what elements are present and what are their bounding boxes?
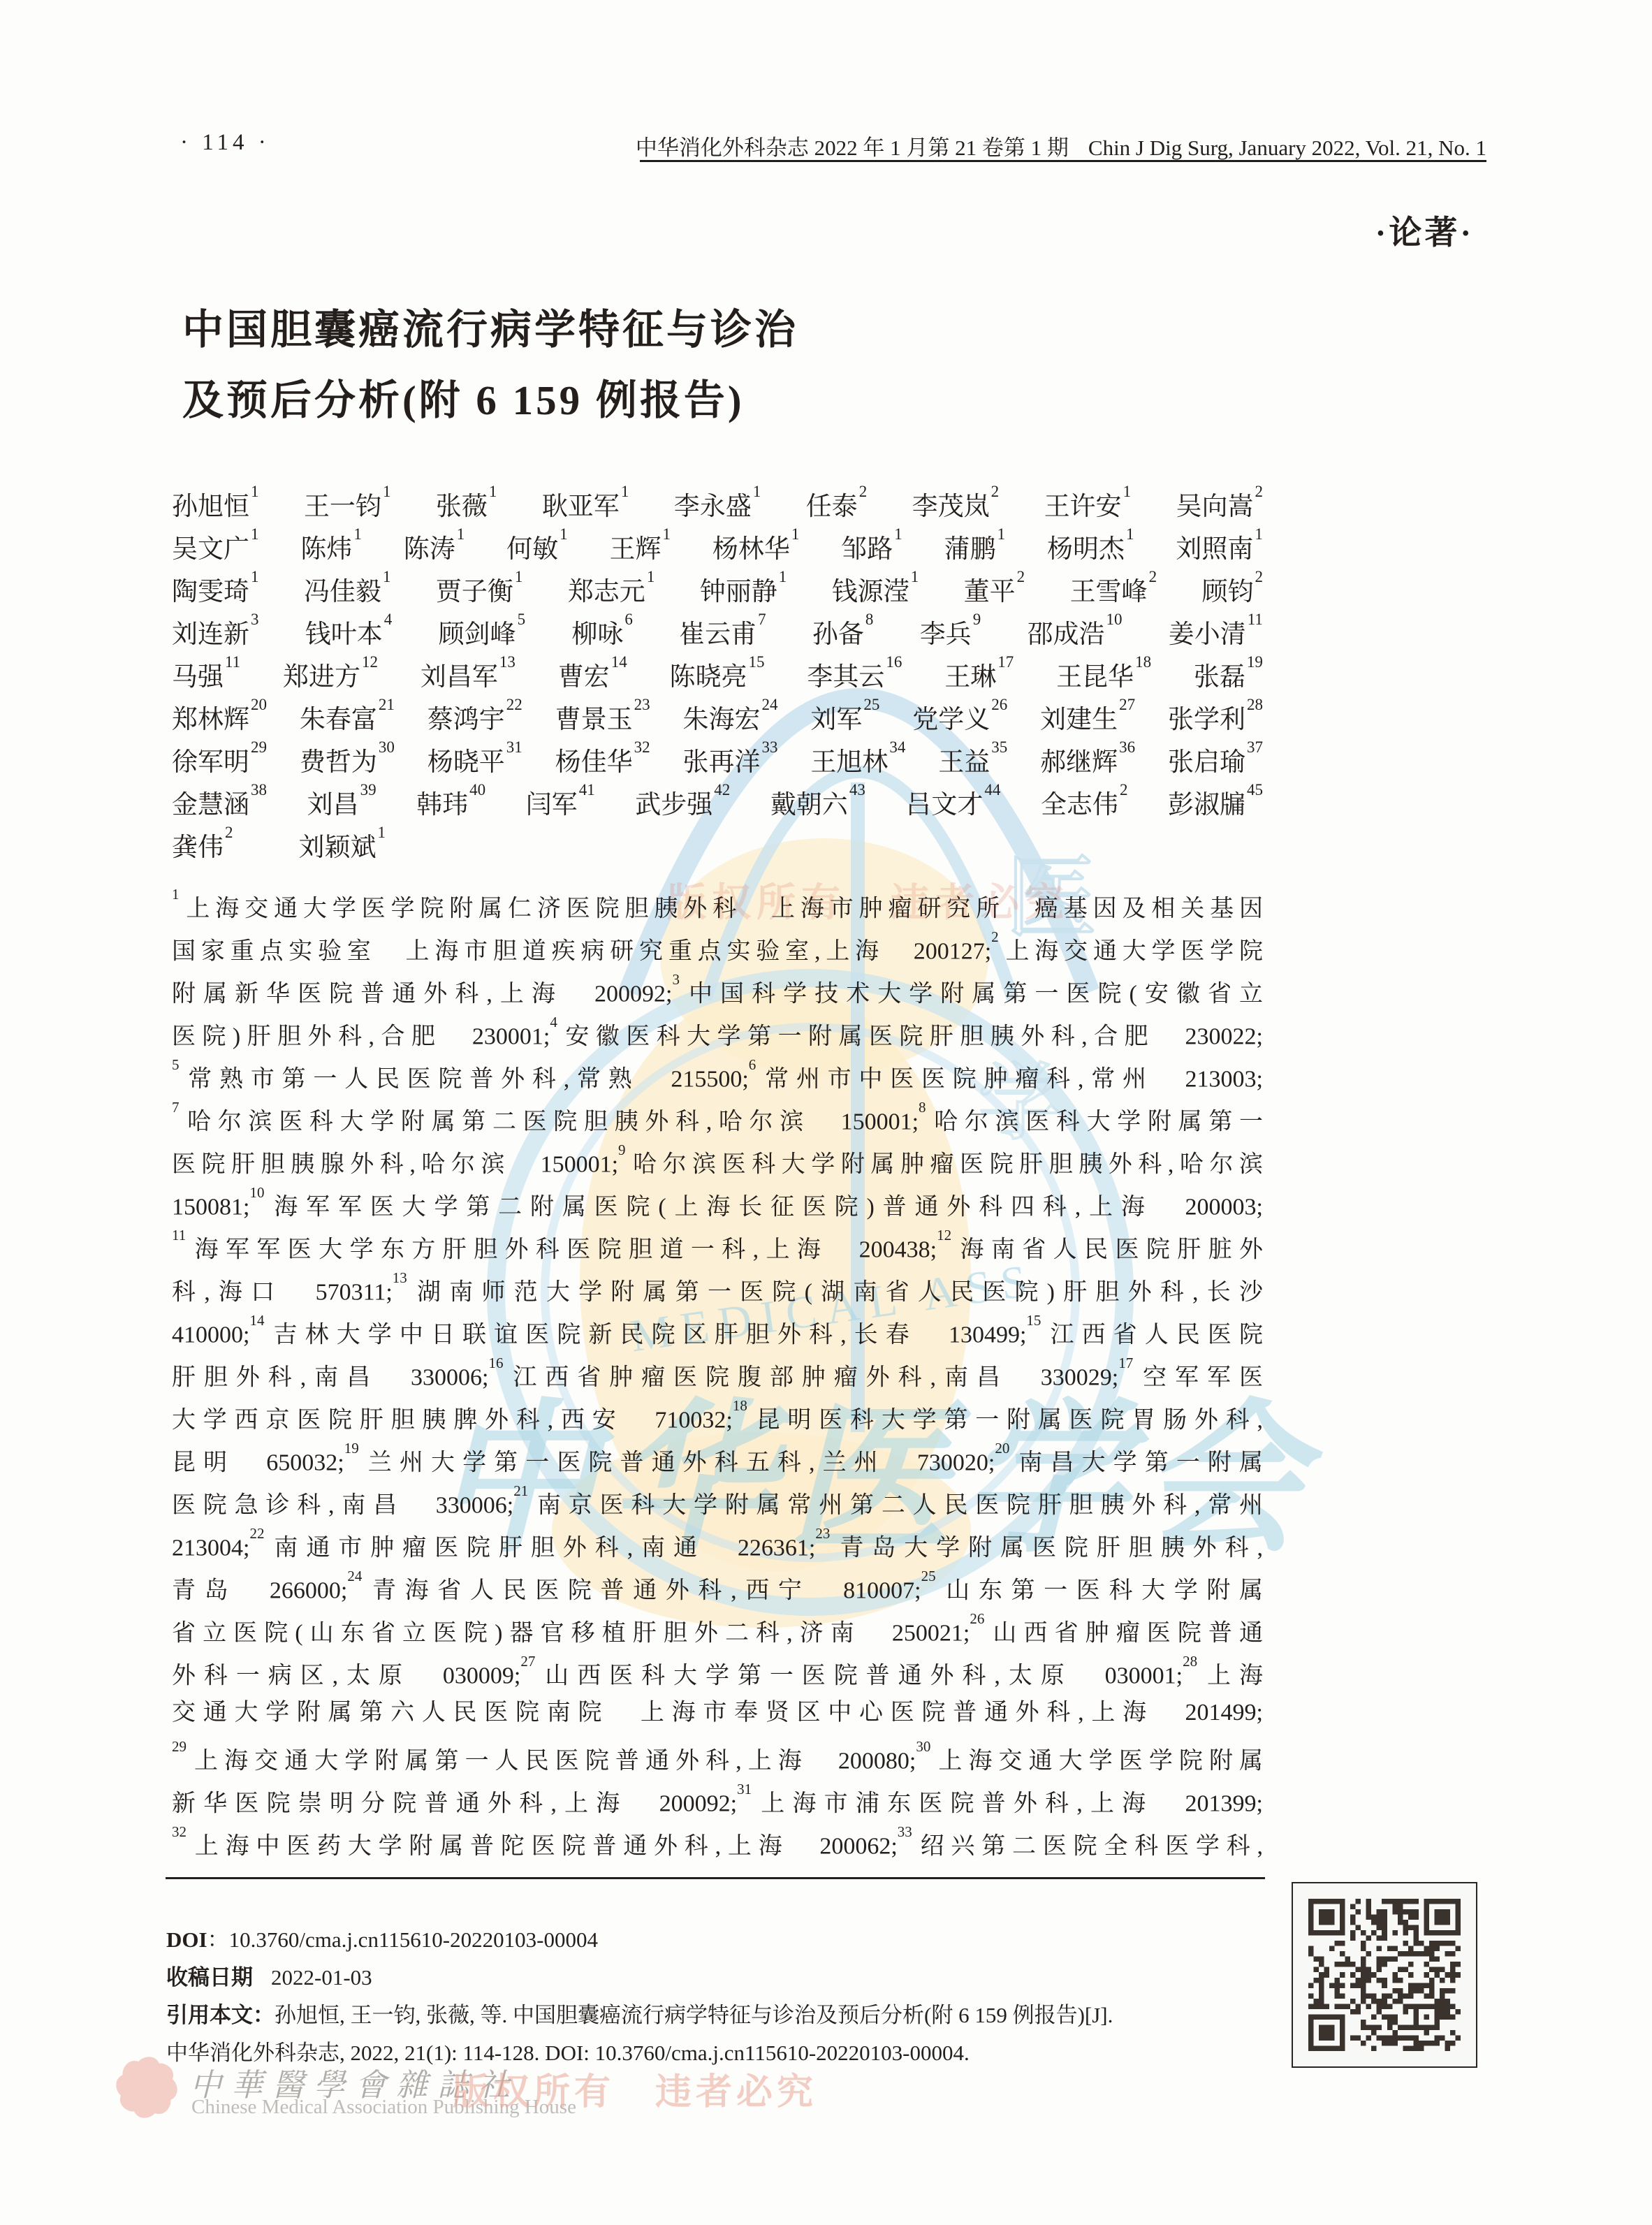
affiliation-number-superscript: 16 [488, 1355, 503, 1371]
author-affiliation-superscript: 20 [251, 696, 267, 713]
author-affiliation-superscript: 9 [973, 611, 981, 628]
author-name: 孙备8 [812, 613, 874, 650]
author-affiliation-superscript: 39 [360, 781, 377, 798]
affiliation-line: 肝胆外科,南昌 330006;16江西省肿瘤医院腹部肿瘤外科,南昌 330029… [172, 1350, 1263, 1393]
author-name: 闫军41 [526, 783, 595, 821]
author-affiliation-superscript: 4 [384, 611, 393, 628]
author-affiliation-superscript: 31 [506, 738, 522, 756]
author-line: 龚伟2刘颖斌1 [172, 826, 1263, 868]
affiliation-line: 省立医院(山东省立医院)器官移植肝胆外二科,济南 250021;26山西省肿瘤医… [172, 1606, 1263, 1649]
author-affiliation-superscript: 2 [1149, 568, 1157, 585]
author-affiliation-superscript: 23 [634, 696, 650, 713]
affiliation-number-superscript: 5 [172, 1056, 180, 1073]
affiliation-number-superscript: 17 [1118, 1355, 1133, 1371]
author-name: 王许安1 [1044, 485, 1132, 523]
author-name: 张学利28 [1168, 698, 1263, 736]
qr-code-image [1308, 1899, 1461, 2051]
author-affiliation-superscript: 1 [515, 568, 523, 585]
author-name: 刘照南1 [1176, 527, 1263, 565]
affiliation-number-superscript: 22 [249, 1525, 264, 1542]
author-name: 陈晓亮15 [670, 655, 765, 693]
author-name: 陈炜1 [300, 527, 362, 565]
author-name: 杨明杰1 [1047, 527, 1134, 565]
affiliation-line: 11海军军医大学东方肝胆外科医院胆道一科,上海 200438;12海南省人民医院… [172, 1223, 1263, 1265]
author-affiliation-superscript: 27 [1119, 696, 1135, 713]
author-name: 贾子衡1 [436, 570, 523, 608]
author-affiliation-superscript: 12 [362, 653, 378, 671]
author-name: 王琳17 [944, 655, 1014, 693]
affiliation-line: 29上海交通大学附属第一人民医院普通外科,上海 200080;30上海交通大学医… [172, 1734, 1263, 1777]
author-affiliation-superscript: 24 [762, 696, 778, 713]
author-name: 顾剑峰5 [439, 613, 526, 650]
affiliation-block: 1上海交通大学医学院附属仁济医院胆胰外科 上海市肿瘤研究所 癌基因及相关基因国家… [172, 882, 1263, 1862]
author-affiliation-superscript: 35 [991, 738, 1007, 756]
author-affiliation-superscript: 3 [251, 611, 259, 628]
affiliation-number-superscript: 6 [749, 1056, 756, 1073]
journal-page: 医 学 中华医学会 MEDICAL ASS 版权所有 违者必究 · 114 · … [0, 0, 1652, 2225]
author-affiliation-superscript: 1 [997, 525, 1006, 543]
affiliation-number-superscript: 33 [898, 1823, 912, 1840]
author-affiliation-superscript: 16 [886, 653, 902, 671]
citation-separator: ： [253, 2003, 275, 2027]
author-name: 蔡鸿宇22 [427, 698, 522, 736]
author-name: 吴向嵩2 [1176, 485, 1264, 523]
author-name: 崔云甫7 [679, 613, 766, 650]
author-name: 张薇1 [436, 485, 497, 523]
author-name: 姜小清11 [1169, 613, 1263, 650]
author-affiliation-superscript: 14 [611, 653, 627, 671]
author-affiliation-superscript: 1 [383, 483, 391, 500]
affiliation-number-superscript: 9 [618, 1141, 626, 1158]
author-name: 蒲鹏1 [944, 527, 1006, 565]
section-label: ·论著· [1375, 207, 1474, 254]
affiliation-number-superscript: 29 [172, 1738, 187, 1755]
author-affiliation-superscript: 1 [894, 525, 902, 543]
affiliation-number-superscript: 10 [249, 1184, 264, 1201]
author-name: 何敏1 [506, 527, 568, 565]
affiliation-number-superscript: 30 [916, 1738, 930, 1755]
author-name: 党学义26 [912, 698, 1007, 736]
affiliation-line: 附属新华医院普通外科,上海 200092;3中国科学技术大学附属第一医院(安徽省… [172, 967, 1263, 1009]
author-name: 邹路1 [841, 527, 902, 565]
author-name: 柳咏6 [571, 613, 633, 650]
author-name: 钟丽静1 [700, 570, 787, 608]
author-name: 杨佳华32 [555, 741, 650, 778]
affiliation-number-superscript: 20 [995, 1440, 1009, 1457]
author-affiliation-superscript: 1 [647, 568, 655, 585]
author-affiliation-superscript: 2 [1255, 483, 1264, 500]
author-name: 钱叶本4 [305, 613, 393, 650]
author-name: 马强11 [172, 655, 240, 693]
author-line: 孙旭恒1王一钧1张薇1耿亚军1李永盛1任泰2李茂岚2王许安1吴向嵩2 [172, 485, 1263, 527]
affiliation-line: 7哈尔滨医科大学附属第二医院胆胰外科,哈尔滨 150001;8哈尔滨医科大学附属… [172, 1095, 1263, 1137]
affiliation-number-superscript: 32 [172, 1823, 187, 1840]
author-affiliation-superscript: 43 [849, 781, 865, 798]
author-name: 朱海宏24 [683, 698, 778, 736]
author-affiliation-superscript: 1 [1123, 483, 1132, 500]
author-affiliation-superscript: 22 [506, 696, 522, 713]
author-affiliation-superscript: 2 [1120, 781, 1128, 798]
author-affiliation-superscript: 38 [251, 781, 267, 798]
author-affiliation-superscript: 36 [1119, 738, 1135, 756]
publisher-flower-icon [110, 2051, 183, 2124]
doi-label: DOI [166, 1927, 207, 1952]
affiliation-number-superscript: 4 [550, 1014, 557, 1030]
author-affiliation-superscript: 1 [251, 483, 259, 500]
author-name: 钱源滢1 [832, 570, 919, 608]
affiliation-line: 213004;22南通市肿瘤医院肝胆外科,南通 226361;23青岛大学附属医… [172, 1521, 1263, 1563]
author-name: 王雪峰2 [1070, 570, 1157, 608]
page-content: · 114 · 中华消化外科杂志 2022 年 1 月第 21 卷第 1 期Ch… [0, 0, 1652, 2225]
author-name: 郝继辉36 [1040, 741, 1135, 778]
author-name: 杨林华1 [712, 527, 800, 565]
received-date-value: 2022-01-03 [271, 1965, 372, 1990]
author-name: 董平2 [964, 570, 1025, 608]
journal-title-cn: 中华消化外科杂志 2022 年 1 月第 21 卷第 1 期 [636, 136, 1069, 160]
author-line: 陶雯琦1冯佳毅1贾子衡1郑志元1钟丽静1钱源滢1董平2王雪峰2顾钧2 [172, 570, 1263, 613]
author-name: 任泰2 [806, 485, 868, 523]
author-name: 戴朝六43 [770, 783, 865, 821]
author-name: 王昆华18 [1056, 655, 1151, 693]
author-affiliation-superscript: 18 [1135, 653, 1151, 671]
author-name: 郑志元1 [568, 570, 655, 608]
author-name: 刘建生27 [1040, 698, 1135, 736]
author-affiliation-superscript: 1 [1255, 525, 1263, 543]
received-date-label: 收稿日期 [166, 1965, 253, 1990]
author-affiliation-superscript: 28 [1247, 696, 1263, 713]
affiliation-number-superscript: 23 [815, 1525, 830, 1542]
citation-label: 引用本文 [166, 2003, 253, 2027]
author-affiliation-superscript: 42 [714, 781, 730, 798]
affiliation-number-superscript: 3 [672, 971, 680, 988]
author-affiliation-superscript: 21 [379, 696, 395, 713]
author-affiliation-superscript: 2 [1255, 568, 1264, 585]
author-affiliation-superscript: 15 [749, 653, 765, 671]
author-affiliation-superscript: 17 [997, 653, 1014, 671]
affiliation-number-superscript: 2 [991, 928, 999, 945]
affiliation-line: 医院急诊科,南昌 330006;21南京医科大学附属常州第二人民医院肝胆胰外科,… [172, 1478, 1263, 1521]
author-affiliation-superscript: 2 [1017, 568, 1025, 585]
author-affiliation-superscript: 40 [469, 781, 485, 798]
author-name: 刘昌军13 [421, 655, 516, 693]
author-line: 徐军明29费哲为30杨晓平31杨佳华32张再洋33王旭林34王益35郝继辉36张… [172, 741, 1263, 783]
author-affiliation-superscript: 1 [1126, 525, 1134, 543]
affiliation-number-superscript: 27 [520, 1653, 535, 1670]
affiliation-line: 青岛 266000;24青海省人民医院普通外科,西宁 810007;25山东第一… [172, 1563, 1263, 1606]
affiliation-number-superscript: 15 [1026, 1312, 1041, 1329]
author-affiliation-superscript: 1 [489, 483, 497, 500]
author-name: 刘军25 [810, 698, 879, 736]
article-title-line2: 及预后分析(附 6 159 例报告) [182, 365, 1272, 436]
doi-separator: ： [207, 1927, 229, 1952]
author-affiliation-superscript: 26 [991, 696, 1007, 713]
qr-code [1292, 1882, 1477, 2068]
author-name: 吴文广1 [172, 527, 259, 565]
citation-line1: 引用本文：孙旭恒, 王一钧, 张薇, 等. 中国胆囊癌流行病学特征与诊治及预后分… [166, 1997, 1291, 2034]
author-name: 彭淑牖45 [1168, 783, 1263, 821]
author-affiliation-superscript: 5 [518, 611, 526, 628]
article-title-line1: 中国胆囊癌流行病学特征与诊治 [182, 295, 1272, 365]
author-name: 耿亚军1 [542, 485, 629, 523]
author-name: 曹宏14 [558, 655, 627, 693]
author-line: 金慧涵38刘昌39韩玮40闫军41武步强42戴朝六43吕文才44全志伟2彭淑牖4… [172, 783, 1263, 826]
affiliation-number-superscript: 14 [249, 1312, 264, 1329]
author-affiliation-superscript: 6 [624, 611, 633, 628]
author-affiliation-superscript: 33 [762, 738, 778, 756]
author-line: 吴文广1陈炜1陈涛1何敏1王辉1杨林华1邹路1蒲鹏1杨明杰1刘照南1 [172, 527, 1263, 570]
author-name: 李兵9 [920, 613, 981, 650]
author-affiliation-superscript: 32 [634, 738, 650, 756]
affiliation-number-superscript: 24 [347, 1568, 362, 1584]
affiliation-number-superscript: 26 [970, 1610, 984, 1627]
author-affiliation-superscript: 34 [889, 738, 905, 756]
author-name: 全志伟2 [1041, 783, 1128, 821]
author-affiliation-superscript: 41 [579, 781, 595, 798]
author-name: 刘颖斌1 [299, 826, 386, 863]
author-affiliation-superscript: 1 [378, 824, 386, 841]
affiliation-line: 医院)肝胆外科,合肥 230001;4安徽医科大学第一附属医院肝胆胰外科,合肥 … [172, 1009, 1263, 1052]
author-affiliation-superscript: 10 [1106, 611, 1122, 628]
author-name: 王辉1 [610, 527, 671, 565]
author-affiliation-superscript: 7 [758, 611, 766, 628]
author-affiliation-superscript: 2 [859, 483, 868, 500]
author-affiliation-superscript: 1 [663, 525, 671, 543]
author-name: 张启瑜37 [1168, 741, 1263, 778]
affiliation-number-superscript: 31 [737, 1781, 752, 1797]
affiliation-number-superscript: 19 [344, 1440, 359, 1457]
author-name: 王一钧1 [304, 485, 391, 523]
affiliation-line: 外科一病区,太原 030009;27山西医科大学第一医院普通外科,太原 0300… [172, 1649, 1263, 1691]
doi-value: 10.3760/cma.j.cn115610-20220103-00004 [229, 1927, 598, 1952]
affiliation-line: 5常熟市第一人民医院普外科,常熟 215500;6常州市中医医院肿瘤科,常州 2… [172, 1052, 1263, 1095]
author-name: 吕文才44 [905, 783, 1000, 821]
author-affiliation-superscript: 1 [383, 568, 391, 585]
affiliation-line: 新华医院崇明分院普通外科,上海 200092;31上海市浦东医院普外科,上海 2… [172, 1777, 1263, 1819]
author-block: 孙旭恒1王一钧1张薇1耿亚军1李永盛1任泰2李茂岚2王许安1吴向嵩2吴文广1陈炜… [172, 485, 1263, 868]
journal-title-en: Chin J Dig Surg, January 2022, Vol. 21, … [1088, 136, 1486, 160]
author-name: 刘昌39 [307, 783, 377, 821]
affiliation-number-superscript: 1 [172, 886, 180, 903]
author-name: 顾钧2 [1202, 570, 1264, 608]
header-rule [640, 160, 1486, 162]
affiliation-number-superscript: 25 [921, 1568, 936, 1584]
author-name: 费哲为30 [300, 741, 395, 778]
citation-text-1: 孙旭恒, 王一钧, 张薇, 等. 中国胆囊癌流行病学特征与诊治及预后分析(附 6… [275, 2003, 1113, 2027]
author-name: 孙旭恒1 [172, 485, 259, 523]
author-affiliation-superscript: 29 [251, 738, 267, 756]
author-affiliation-superscript: 1 [457, 525, 465, 543]
author-affiliation-superscript: 2 [225, 824, 233, 841]
affiliation-number-superscript: 13 [393, 1269, 407, 1286]
affiliation-number-superscript: 21 [513, 1482, 528, 1499]
footnote-divider [166, 1877, 1265, 1879]
author-affiliation-superscript: 8 [865, 611, 874, 628]
author-name: 陶雯琦1 [172, 570, 259, 608]
author-name: 李茂岚2 [912, 485, 1000, 523]
author-affiliation-superscript: 1 [560, 525, 568, 543]
affiliation-line: 1上海交通大学医学院附属仁济医院胆胰外科 上海市肿瘤研究所 癌基因及相关基因 [172, 882, 1263, 924]
author-name: 武步强42 [635, 783, 730, 821]
affiliation-number-superscript: 28 [1183, 1653, 1197, 1670]
journal-header: 中华消化外科杂志 2022 年 1 月第 21 卷第 1 期Chin J Dig… [636, 130, 1486, 161]
author-affiliation-superscript: 19 [1247, 653, 1263, 671]
author-line: 刘连新3钱叶本4顾剑峰5柳咏6崔云甫7孙备8李兵9邵成浩10姜小清11 [172, 613, 1263, 655]
affiliation-line: 150081;10海军军医大学第二附属医院(上海长征医院)普通外科四科,上海 2… [172, 1180, 1263, 1223]
author-name: 朱春富21 [300, 698, 395, 736]
author-affiliation-superscript: 1 [911, 568, 919, 585]
author-name: 张再洋33 [683, 741, 778, 778]
author-name: 冯佳毅1 [304, 570, 391, 608]
affiliation-number-superscript: 11 [172, 1227, 186, 1243]
author-name: 刘连新3 [172, 613, 259, 650]
author-name: 韩玮40 [416, 783, 485, 821]
copyright-notice-watermark: 版权所有 违者必究 [453, 2062, 817, 2115]
author-affiliation-superscript: 13 [499, 653, 516, 671]
author-name: 郑林辉20 [172, 698, 267, 736]
author-affiliation-superscript: 1 [251, 525, 259, 543]
affiliation-number-superscript: 18 [733, 1397, 747, 1414]
author-affiliation-superscript: 37 [1247, 738, 1263, 756]
author-affiliation-superscript: 1 [753, 483, 761, 500]
author-name: 徐军明29 [172, 741, 267, 778]
received-date-line: 收稿日期2022-01-03 [166, 1959, 1291, 1997]
author-line: 马强11郑进方12刘昌军13曹宏14陈晓亮15李其云16王琳17王昆华18张磊1… [172, 655, 1263, 698]
affiliation-line: 国家重点实验室 上海市胆道疾病研究重点实验室,上海 200127;2上海交通大学… [172, 924, 1263, 967]
author-affiliation-superscript: 1 [621, 483, 629, 500]
affiliation-number-superscript: 8 [919, 1099, 926, 1116]
affiliation-line: 昆明 650032;19兰州大学第一医院普通外科五科,兰州 730020;20南… [172, 1436, 1263, 1478]
author-name: 金慧涵38 [172, 783, 267, 821]
author-name: 曹景玉23 [555, 698, 650, 736]
author-name: 陈涛1 [404, 527, 465, 565]
author-affiliation-superscript: 2 [991, 483, 1000, 500]
article-title: 中国胆囊癌流行病学特征与诊治 及预后分析(附 6 159 例报告) [182, 295, 1272, 436]
author-name: 郑进方12 [283, 655, 378, 693]
affiliation-line: 大学西京医院肝胆胰脾外科,西安 710032;18昆明医科大学第一附属医院胃肠外… [172, 1393, 1263, 1436]
affiliation-line: 410000;14吉林大学中日联谊医院新民院区肝胆外科,长春 130499;15… [172, 1308, 1263, 1350]
author-affiliation-superscript: 44 [984, 781, 1000, 798]
affiliation-number-superscript: 12 [937, 1227, 951, 1243]
author-affiliation-superscript: 25 [863, 696, 879, 713]
author-name: 杨晓平31 [427, 741, 522, 778]
author-name: 王旭林34 [810, 741, 905, 778]
author-affiliation-superscript: 11 [225, 653, 240, 671]
doi-line: DOI：10.3760/cma.j.cn115610-20220103-0000… [166, 1921, 1291, 1959]
affiliation-line: 32上海中医药大学附属普陀医院普通外科,上海 200062;33绍兴第二医院全科… [172, 1819, 1263, 1862]
author-line: 郑林辉20朱春富21蔡鸿宇22曹景玉23朱海宏24刘军25党学义26刘建生27张… [172, 698, 1263, 741]
author-name: 李永盛1 [674, 485, 761, 523]
author-affiliation-superscript: 1 [791, 525, 800, 543]
author-affiliation-superscript: 1 [779, 568, 787, 585]
author-name: 张磊19 [1194, 655, 1263, 693]
author-name: 邵成浩10 [1027, 613, 1122, 650]
author-name: 李其云16 [807, 655, 902, 693]
affiliation-number-superscript: 7 [172, 1099, 180, 1116]
author-name: 王益35 [938, 741, 1007, 778]
affiliation-line: 科,海口 570311;13湖南师范大学附属第一医院(湖南省人民医院)肝胆外科,… [172, 1265, 1263, 1308]
author-affiliation-superscript: 1 [251, 568, 259, 585]
author-affiliation-superscript: 30 [379, 738, 395, 756]
author-affiliation-superscript: 45 [1247, 781, 1263, 798]
page-number: · 114 · [180, 130, 270, 156]
footnote-block: DOI：10.3760/cma.j.cn115610-20220103-0000… [166, 1921, 1291, 2072]
affiliation-line: 医院肝胆胰腺外科,哈尔滨 150001;9哈尔滨医科大学附属肿瘤医院肝胆胰外科,… [172, 1137, 1263, 1180]
author-affiliation-superscript: 11 [1248, 611, 1263, 628]
affiliation-line: 交通大学附属第六人民医院南院 上海市奉贤区中心医院普通外科,上海 201499; [172, 1691, 1263, 1734]
author-affiliation-superscript: 1 [353, 525, 362, 543]
author-name: 龚伟2 [172, 826, 233, 863]
